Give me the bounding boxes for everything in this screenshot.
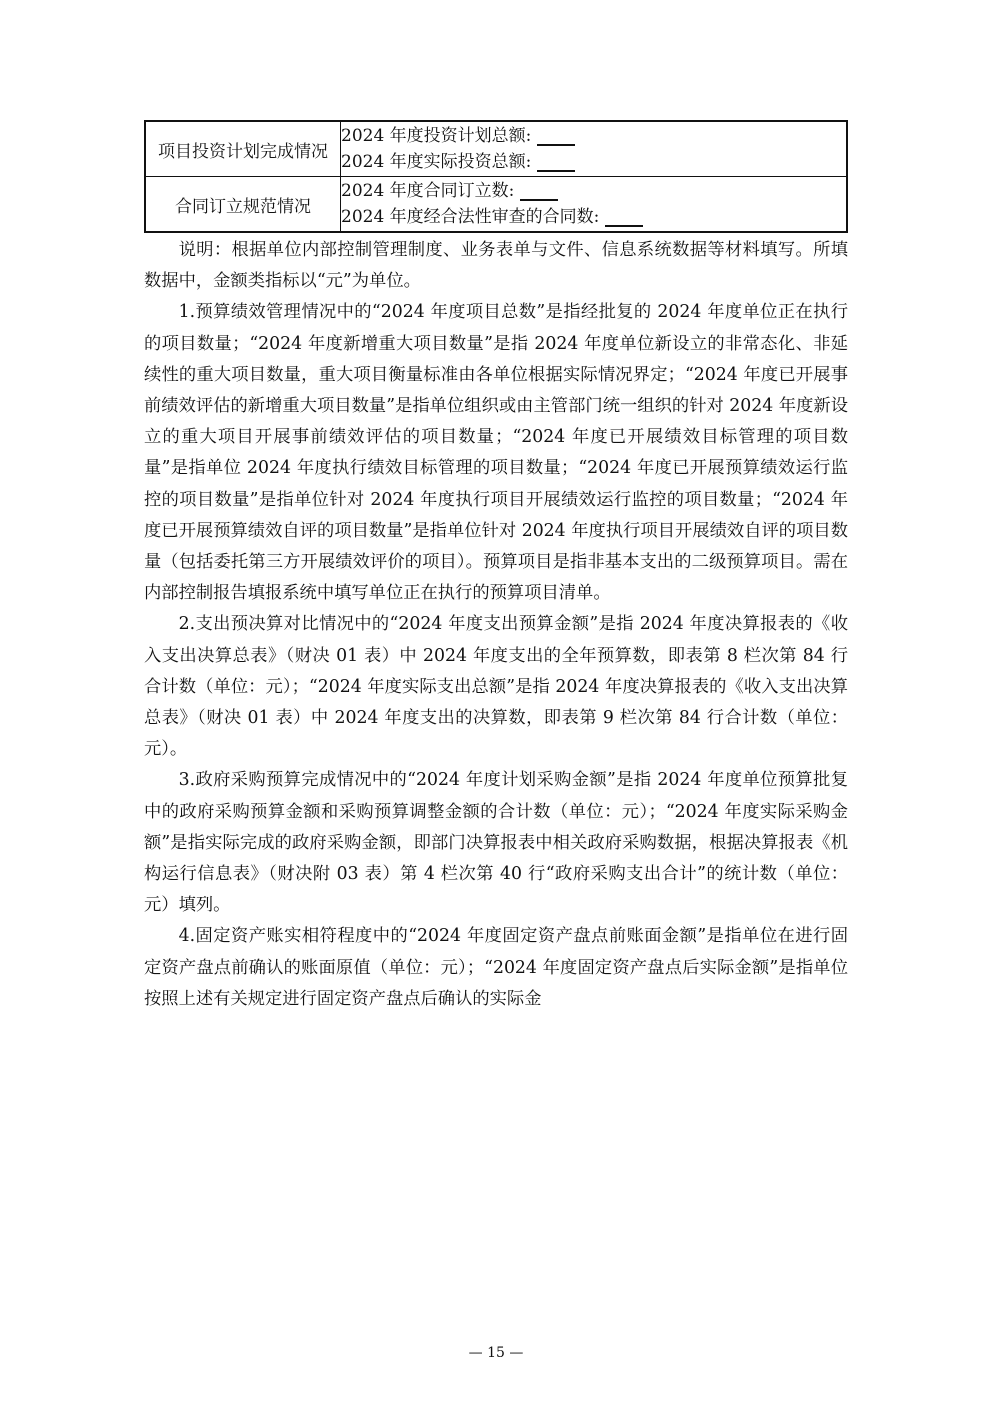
row-label: 合同订立规范情况 (145, 177, 341, 233)
note-item-2: 2.支出预决算对比情况中的“2024 年度支出预算金额”是指 2024 年度决算… (144, 609, 848, 765)
field-label: 2024 年度合同订立数: (341, 181, 514, 201)
note-item-4: 4.固定资产账实相符程度中的“2024 年度固定资产盘点前账面金额”是指单位在进… (144, 921, 848, 1015)
row-fields: 2024 年度投资计划总额: 2024 年度实际投资总额: (341, 121, 848, 177)
row-label: 项目投资计划完成情况 (145, 121, 341, 177)
blank-field[interactable] (605, 209, 643, 227)
document-page: 项目投资计划完成情况 2024 年度投资计划总额: 2024 年度实际投资总额:… (0, 0, 992, 1403)
table-row: 项目投资计划完成情况 2024 年度投资计划总额: 2024 年度实际投资总额: (145, 121, 847, 177)
field-line: 2024 年度合同订立数: (341, 178, 846, 204)
info-table: 项目投资计划完成情况 2024 年度投资计划总额: 2024 年度实际投资总额:… (144, 120, 848, 233)
notes-section: 说明：根据单位内部控制管理制度、业务表单与文件、信息系统数据等材料填写。所填数据… (144, 235, 848, 1015)
table-row: 合同订立规范情况 2024 年度合同订立数: 2024 年度经合法性审查的合同数… (145, 177, 847, 233)
blank-field[interactable] (537, 128, 575, 146)
row-fields: 2024 年度合同订立数: 2024 年度经合法性审查的合同数: (341, 177, 848, 233)
field-line: 2024 年度实际投资总额: (341, 149, 846, 175)
field-line: 2024 年度投资计划总额: (341, 123, 846, 149)
field-label: 2024 年度经合法性审查的合同数: (341, 207, 599, 227)
blank-field[interactable] (520, 183, 558, 201)
field-line: 2024 年度经合法性审查的合同数: (341, 204, 846, 230)
note-item-1: 1.预算绩效管理情况中的“2024 年度项目总数”是指经批复的 2024 年度单… (144, 297, 848, 609)
field-label: 2024 年度实际投资总额: (341, 152, 531, 172)
blank-field[interactable] (537, 154, 575, 172)
page-number: — 15 — (0, 1345, 992, 1361)
notes-intro: 说明：根据单位内部控制管理制度、业务表单与文件、信息系统数据等材料填写。所填数据… (144, 235, 848, 297)
field-label: 2024 年度投资计划总额: (341, 126, 531, 146)
note-item-3: 3.政府采购预算完成情况中的“2024 年度计划采购金额”是指 2024 年度单… (144, 765, 848, 921)
